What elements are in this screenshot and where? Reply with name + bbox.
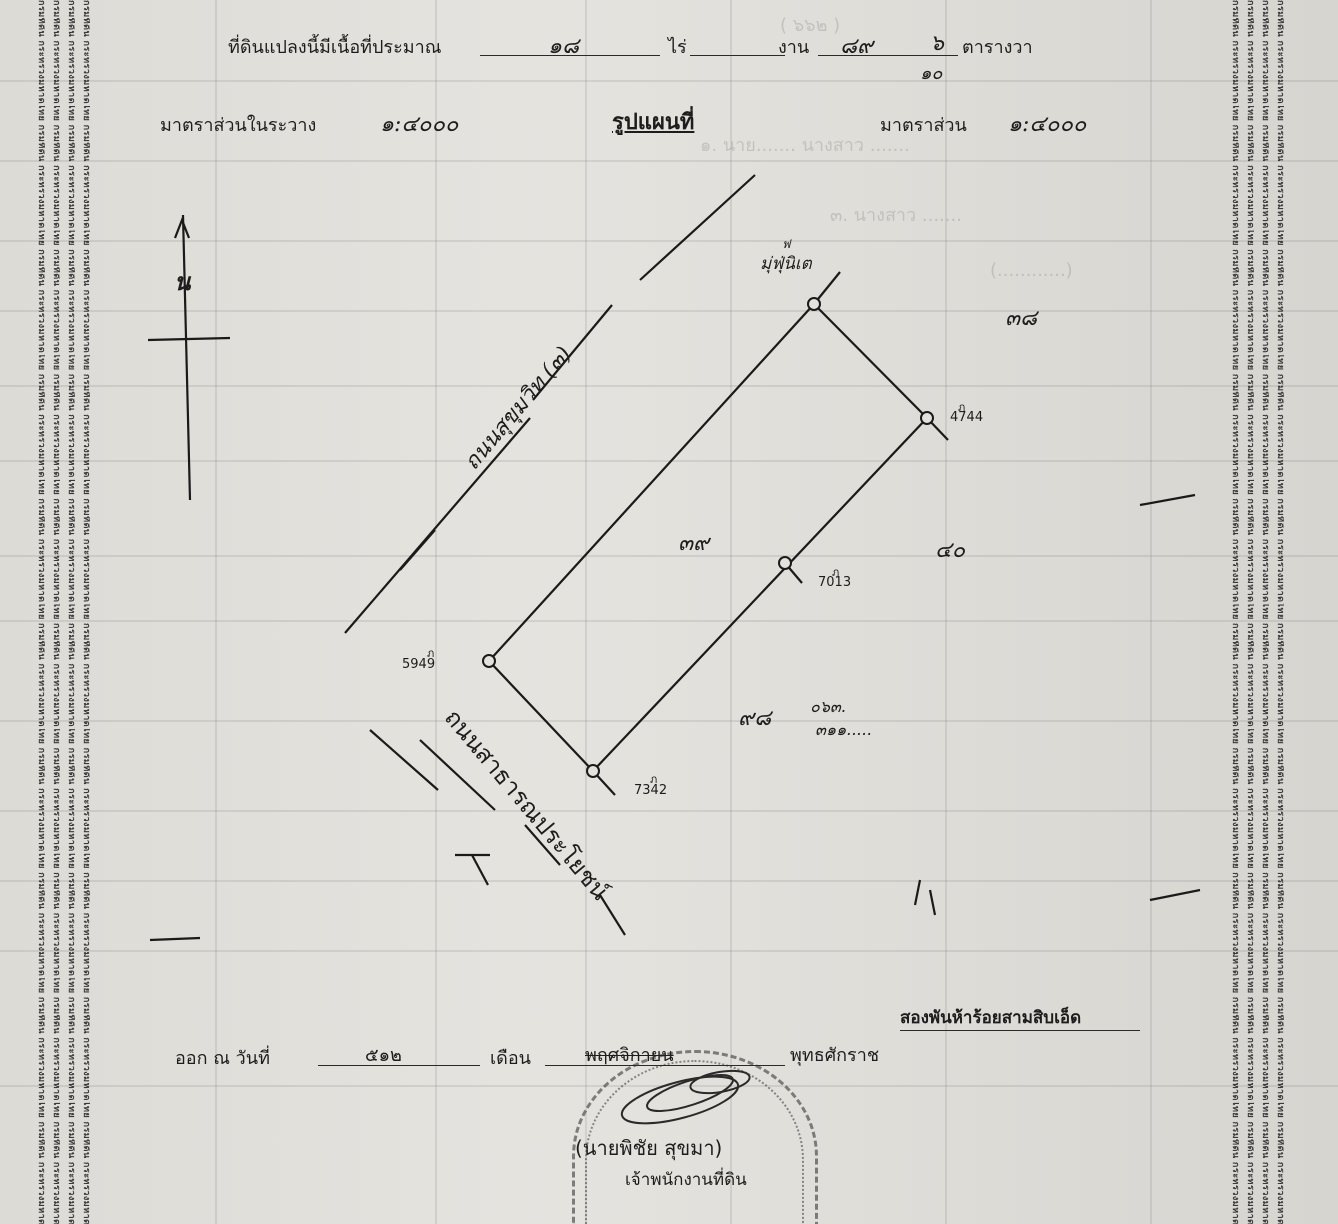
signatory-title: เจ้าพนักงานที่ดิน [625,1166,747,1193]
signature-scribble [0,0,1338,1224]
signatory-name: (นายพิชัย สุขมา) [575,1132,722,1164]
